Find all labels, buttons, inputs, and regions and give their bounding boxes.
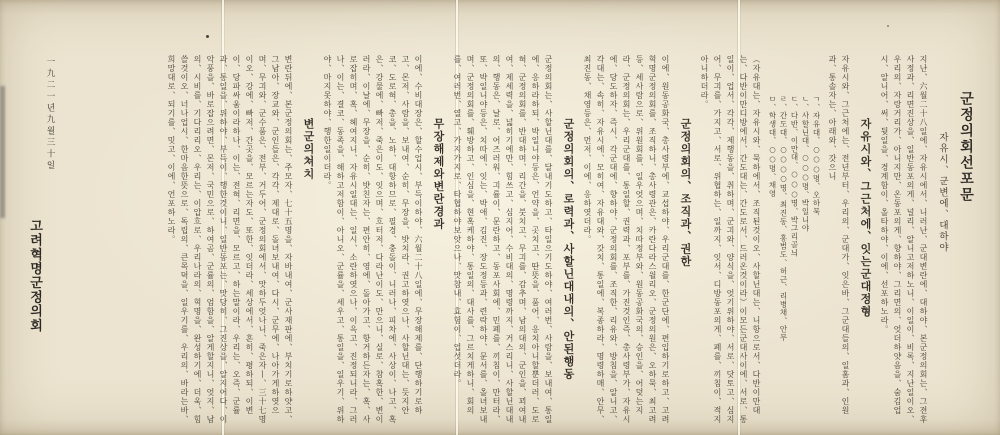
unit-list-item: ㄹ、간도대、○○○○명、최진동、홍범도、허근、리병채、안무	[778, 55, 789, 427]
section-heading: 군정의회의、조직과、권한	[678, 55, 692, 427]
document-title: 군정의회선포문	[957, 55, 974, 427]
section-body-text: （자유대는、자유시와、묵하에서、조직된것이오、사할닌대는、니항으로서、다반이만대…	[700, 55, 761, 424]
section-heading: 군정의회의、로력과、사할닌대내의、안된행동	[561, 55, 575, 427]
section-body-text: 이에、원동공화국、총사령부에、교섭하야、우리군대를、한군단에、편입하기로하고、고…	[583, 55, 670, 424]
section-body-text: 이에、수비대장은、할수업시、부득이하야、六월二十八일에、무장해제를、단행하기로하…	[323, 55, 423, 424]
section-body-text: 군정의회는、사할닌대를、달내기도하고、타일으기도하야、여러번、사람을、보내여、통…	[453, 55, 553, 424]
document-date: 一九二一년九월三十일	[44, 57, 56, 217]
scanned-document-page: 군정의회선포문 자유시、군변에、대하야 지난、六월二十八일에、자유시에서、니러난…	[0, 0, 1000, 435]
section-body-text: 변란뒤에、본군정의회는、주모자、七十五명을、자바내여、군사재판에、부치기로하얏고…	[167, 55, 293, 424]
document-subtitle: 자유시、군변에、대하야	[936, 55, 949, 427]
section-lead-text: 자유시와、그근처에는、전년부터、우리의、군대가、잇은바、그군대들의、일홈과、인원…	[828, 55, 850, 415]
section-heading: 자유시와、그근처에、잇는군대정형	[858, 55, 872, 427]
unit-list-item: ㄴ、사할닌대、○○○명、박일니야	[800, 55, 811, 427]
vertical-text-flow: 군정의회선포문 자유시、군변에、대하야 지난、六월二十八일에、자유시에서、니러난…	[0, 0, 1000, 435]
section-heading: 변군의쳐치	[301, 55, 315, 427]
section-heading: 무장해제와변란경과	[431, 55, 445, 427]
intro-paragraph: 지난、六월二十八일에、자유시에서、니러난、군대변란에、대하야、본군정의회는、그젼…	[880, 55, 928, 424]
unit-list-item: ㅁ、학생대、○○명、채영	[767, 55, 778, 427]
unit-list-item: ㄷ、다반、이만대、○○○명、박그리골늬	[789, 55, 800, 427]
unit-list: ㄱ、자유대、○○○명、오하묵ㄴ、사할닌대、○○○명、박일니야ㄷ、다반、이만대、○…	[767, 55, 822, 427]
signature-issuer: 고려혁명군정의회	[25, 219, 44, 349]
unit-list-item: ㄱ、자유대、○○○명、오하묵	[811, 55, 822, 427]
